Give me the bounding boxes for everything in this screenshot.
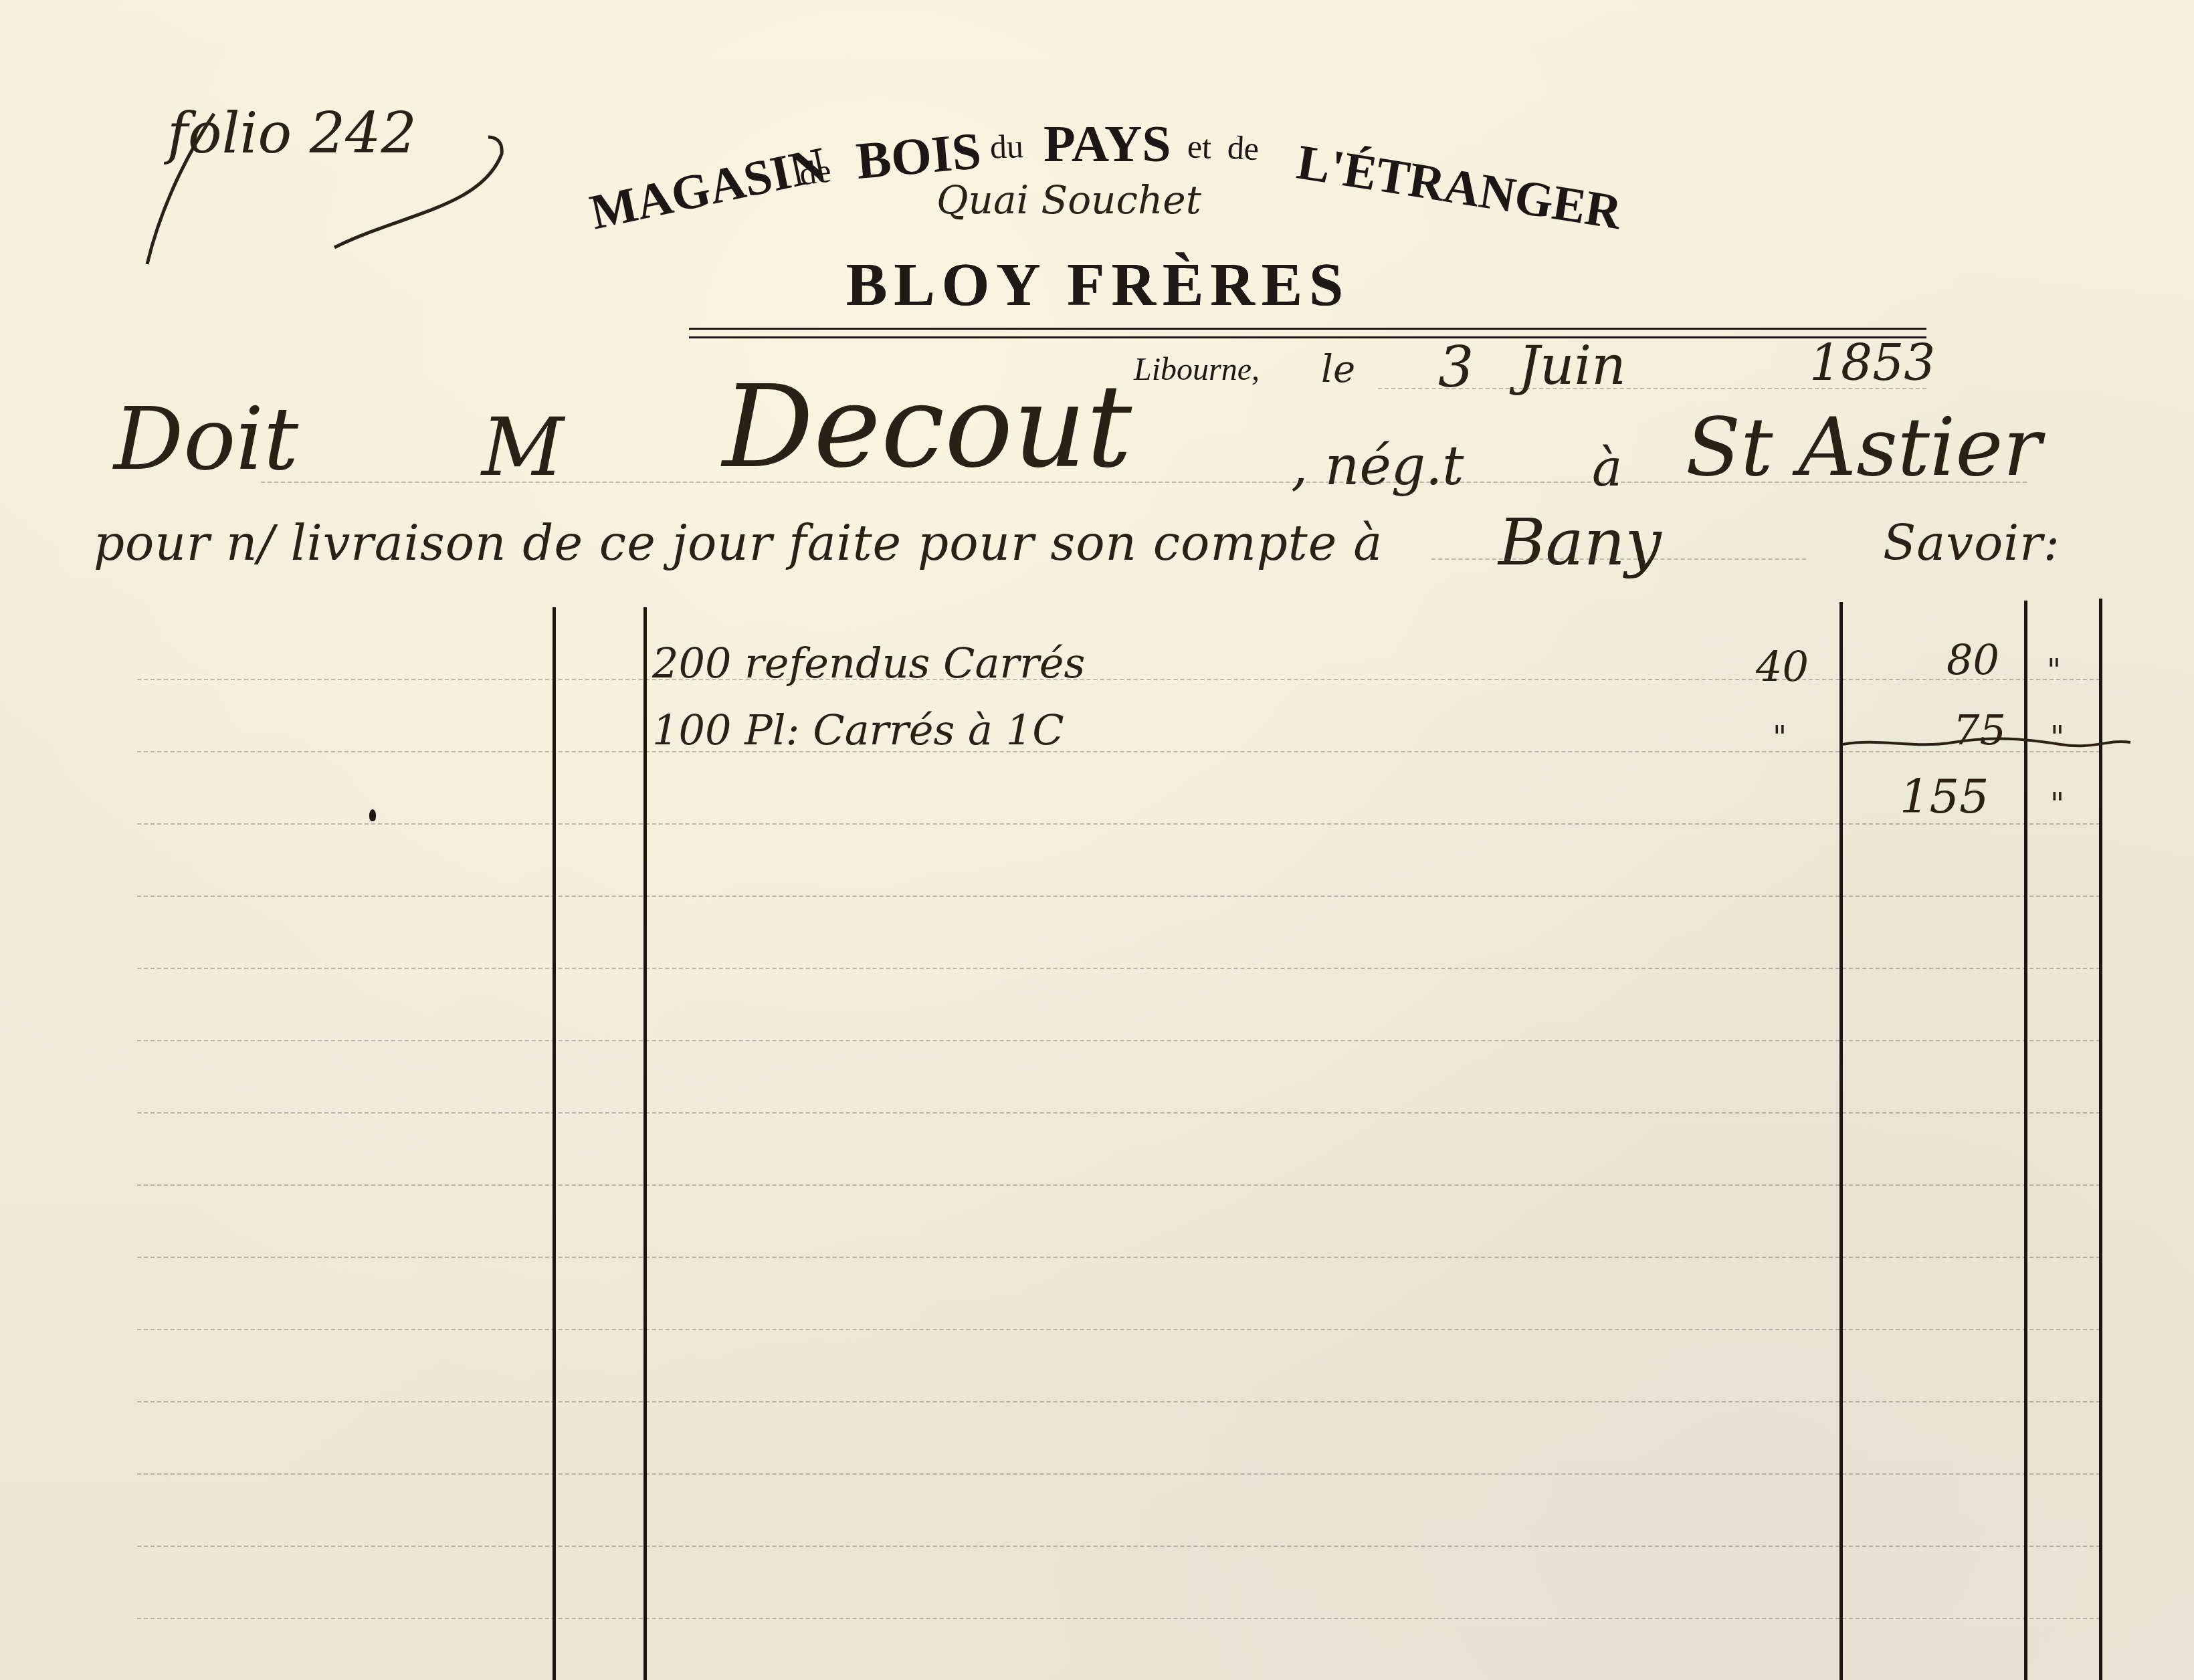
- sum-underline-icon: [1839, 732, 2134, 752]
- addressee-profession: , nég.t: [1291, 435, 1464, 497]
- item-2-unit-price: ": [1773, 719, 1787, 755]
- addressee-town: St Astier: [1686, 401, 2041, 494]
- ink-spot: [369, 809, 376, 821]
- total-cents: ": [2050, 786, 2064, 822]
- item-2-description: 100 Pl: Carrés à 1C: [652, 706, 1064, 754]
- dateline-le: le: [1321, 348, 1355, 391]
- title-word-de: de: [797, 150, 833, 193]
- ruled-line: [137, 968, 2100, 969]
- ruled-line: [137, 1112, 2100, 1114]
- item-1-cents: ": [2047, 652, 2061, 688]
- title-word-magasin: MAGASIN: [585, 136, 831, 242]
- title-word-de-2: de: [1227, 128, 1260, 168]
- invoice-paper: folio 242 MAGASIN de BOIS du PAYS et de …: [0, 0, 2194, 1680]
- addressee-name: Decout: [722, 361, 1132, 494]
- ruled-line: [137, 1618, 2100, 1619]
- savoir-label: Savoir:: [1883, 515, 2060, 571]
- column-line-cents-start: [2024, 601, 2027, 1680]
- ruled-line: [137, 823, 2100, 825]
- ruled-line: [137, 1401, 2100, 1402]
- ruled-line: [137, 1546, 2100, 1547]
- dateline-place: Libourne,: [1134, 351, 1260, 388]
- column-line-right-edge: [2099, 599, 2102, 1680]
- doit-label: Doit: [114, 388, 298, 490]
- item-1-amount: 80: [1947, 635, 1999, 684]
- ruled-line: [137, 751, 2100, 752]
- column-line-amount-start: [1839, 602, 1843, 1680]
- title-word-etranger: L'ÉTRANGER: [1293, 134, 1625, 241]
- ruled-line: [137, 1257, 2100, 1258]
- ruled-line: [137, 896, 2100, 897]
- header-double-rule: [689, 328, 1926, 338]
- addressee-title: M: [482, 401, 564, 494]
- description-rule: [1431, 558, 1806, 560]
- letterhead-company: BLOY FRÈRES: [846, 249, 1350, 320]
- ruled-line: [137, 1473, 2100, 1475]
- title-word-pays: PAYS: [1043, 114, 1171, 174]
- title-word-du: du: [989, 126, 1024, 167]
- column-line-description-start: [643, 607, 647, 1680]
- letterhead-address: Quai Souchet: [936, 177, 1201, 223]
- total-amount: 155: [1900, 769, 1989, 824]
- dateline-year: 1853: [1809, 334, 1935, 392]
- ruled-line: [137, 1184, 2100, 1186]
- title-word-et: et: [1187, 126, 1212, 166]
- ruled-line: [137, 1329, 2100, 1330]
- ruled-line: [137, 1040, 2100, 1041]
- item-1-description: 200 refendus Carrés: [652, 639, 1085, 688]
- delivery-description: pour n/ livraison de ce jour faite pour …: [94, 515, 1383, 571]
- dateline-day: 3: [1438, 334, 1474, 400]
- column-line-left-margin: [553, 607, 556, 1680]
- addressee-rule: [261, 482, 2027, 483]
- dateline-rule: [1378, 388, 1926, 389]
- delivery-destination: Bany: [1498, 505, 1662, 580]
- item-1-unit-price: 40: [1756, 642, 1809, 691]
- folio-swash-icon: [134, 100, 535, 274]
- addressee-a: à: [1592, 438, 1622, 498]
